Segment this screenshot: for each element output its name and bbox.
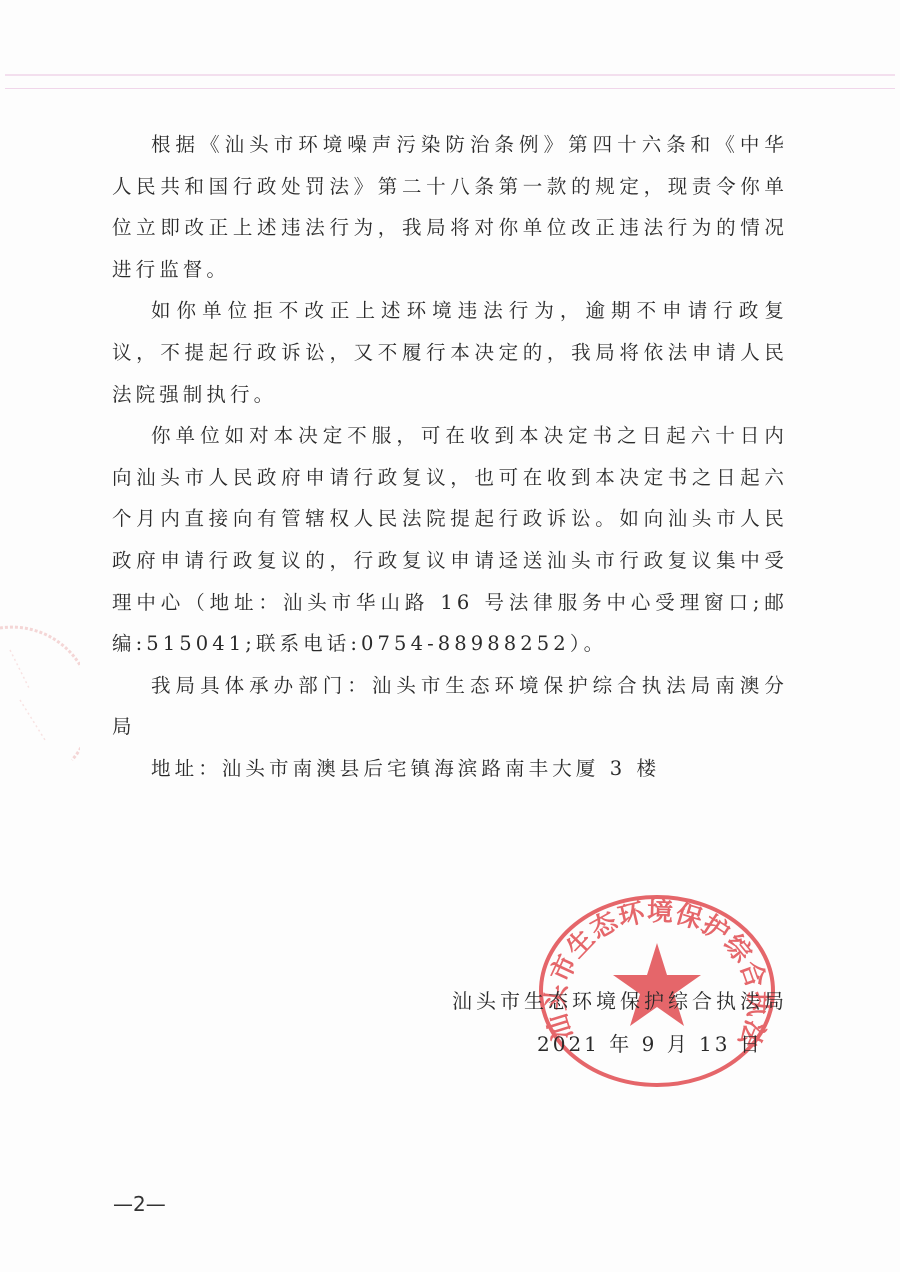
paragraph-address: 地址：汕头市南澳县后宅镇海滨路南丰大厦 3 楼	[112, 748, 788, 790]
document-body: 根据《汕头市环境噪声污染防治条例》第四十六条和《中华人民共和国行政处罚法》第二十…	[112, 124, 788, 790]
paragraph-legal-basis: 根据《汕头市环境噪声污染防治条例》第四十六条和《中华人民共和国行政处罚法》第二十…	[112, 124, 788, 290]
paragraph-appeal-rights: 你单位如对本决定不服，可在收到本决定书之日起六十日内向汕头市人民政府申请行政复议…	[112, 415, 788, 665]
header-rule-top	[5, 74, 895, 76]
paragraph-handling-department: 我局具体承办部门：汕头市生态环境保护综合执法局南澳分局	[112, 665, 788, 748]
page-number: —2—	[113, 1192, 166, 1216]
issue-date: 2021 年 9 月 13 日	[537, 1028, 763, 1057]
paragraph-enforcement: 如你单位拒不改正上述环境违法行为，逾期不申请行政复议，不提起行政诉讼，又不履行本…	[112, 290, 788, 415]
issuer-signature: 汕头市生态环境保护综合执法局	[452, 985, 797, 1014]
faint-seal-icon	[0, 620, 80, 770]
header-rule-bottom	[5, 88, 895, 89]
document-page: 根据《汕头市环境噪声污染防治条例》第四十六条和《中华人民共和国行政处罚法》第二十…	[0, 0, 900, 1272]
